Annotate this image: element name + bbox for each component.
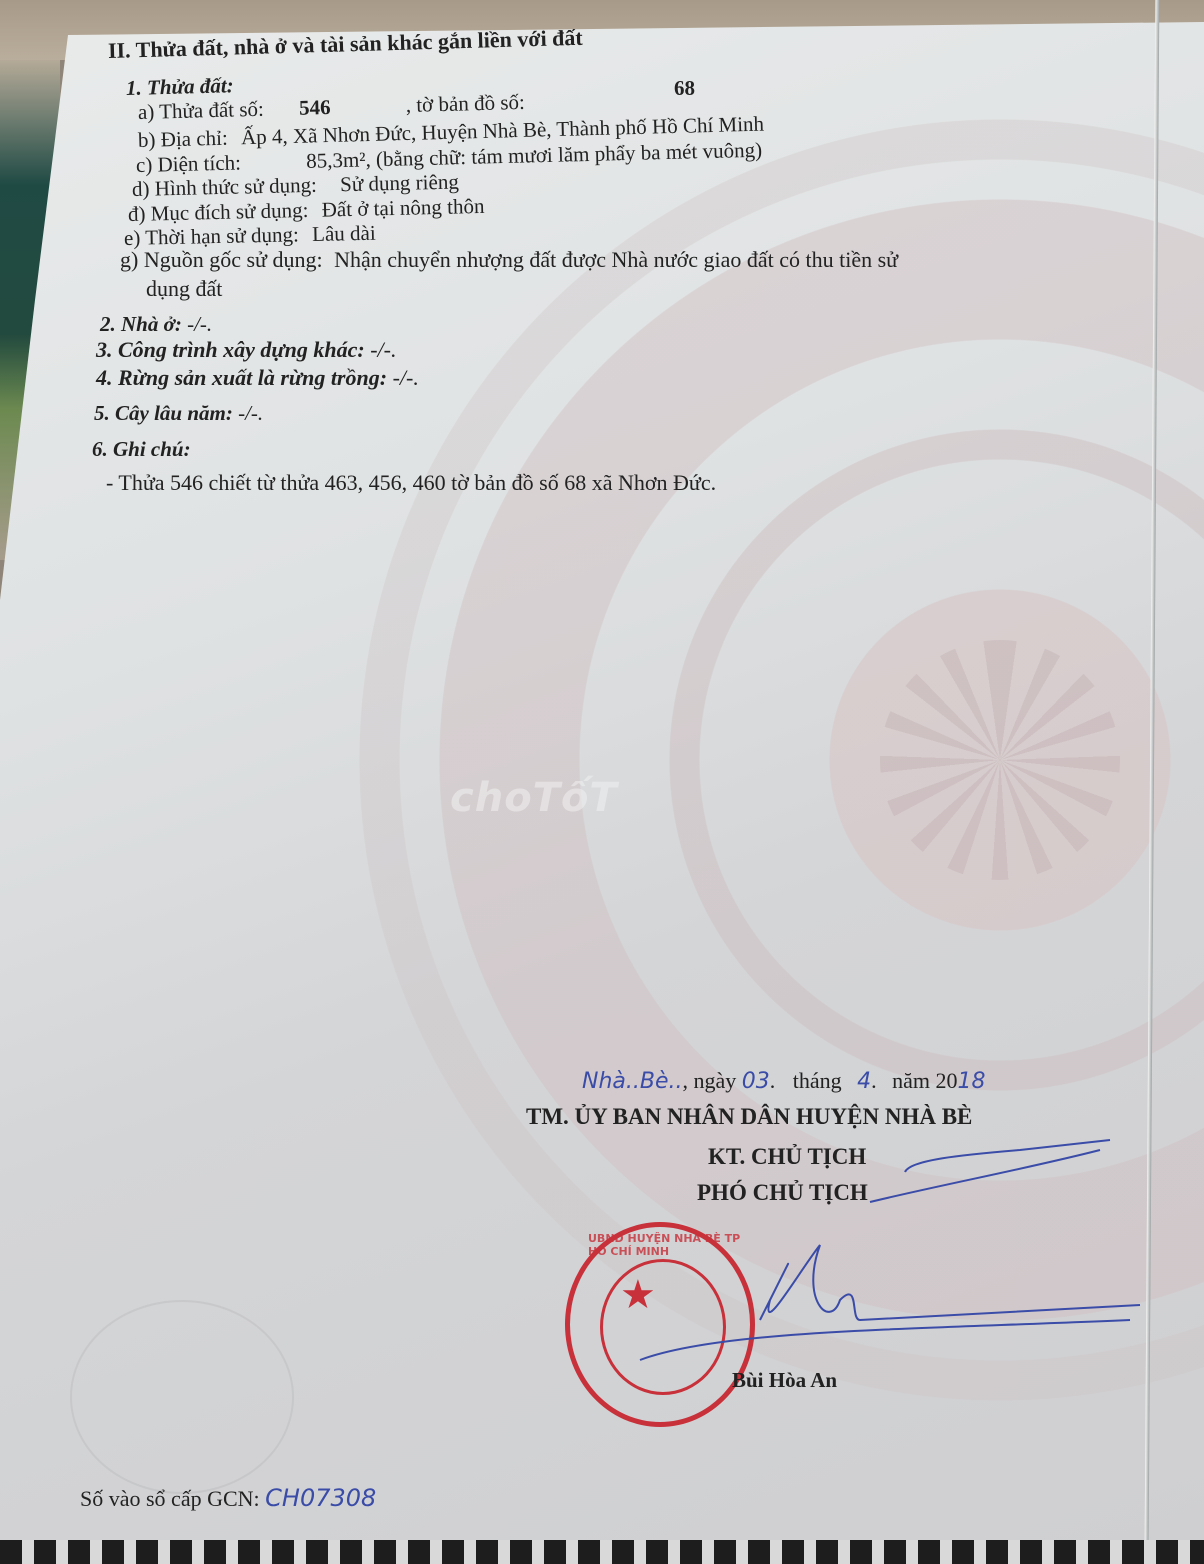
signer-name: Bùi Hòa An [732,1368,837,1393]
registry-row: Số vào sổ cấp GCN: CH07308 [80,1484,376,1512]
registry-number: CH07308 [265,1484,376,1512]
registry-label: Số vào sổ cấp GCN: [80,1486,260,1511]
handwritten-signature [0,0,1204,1564]
